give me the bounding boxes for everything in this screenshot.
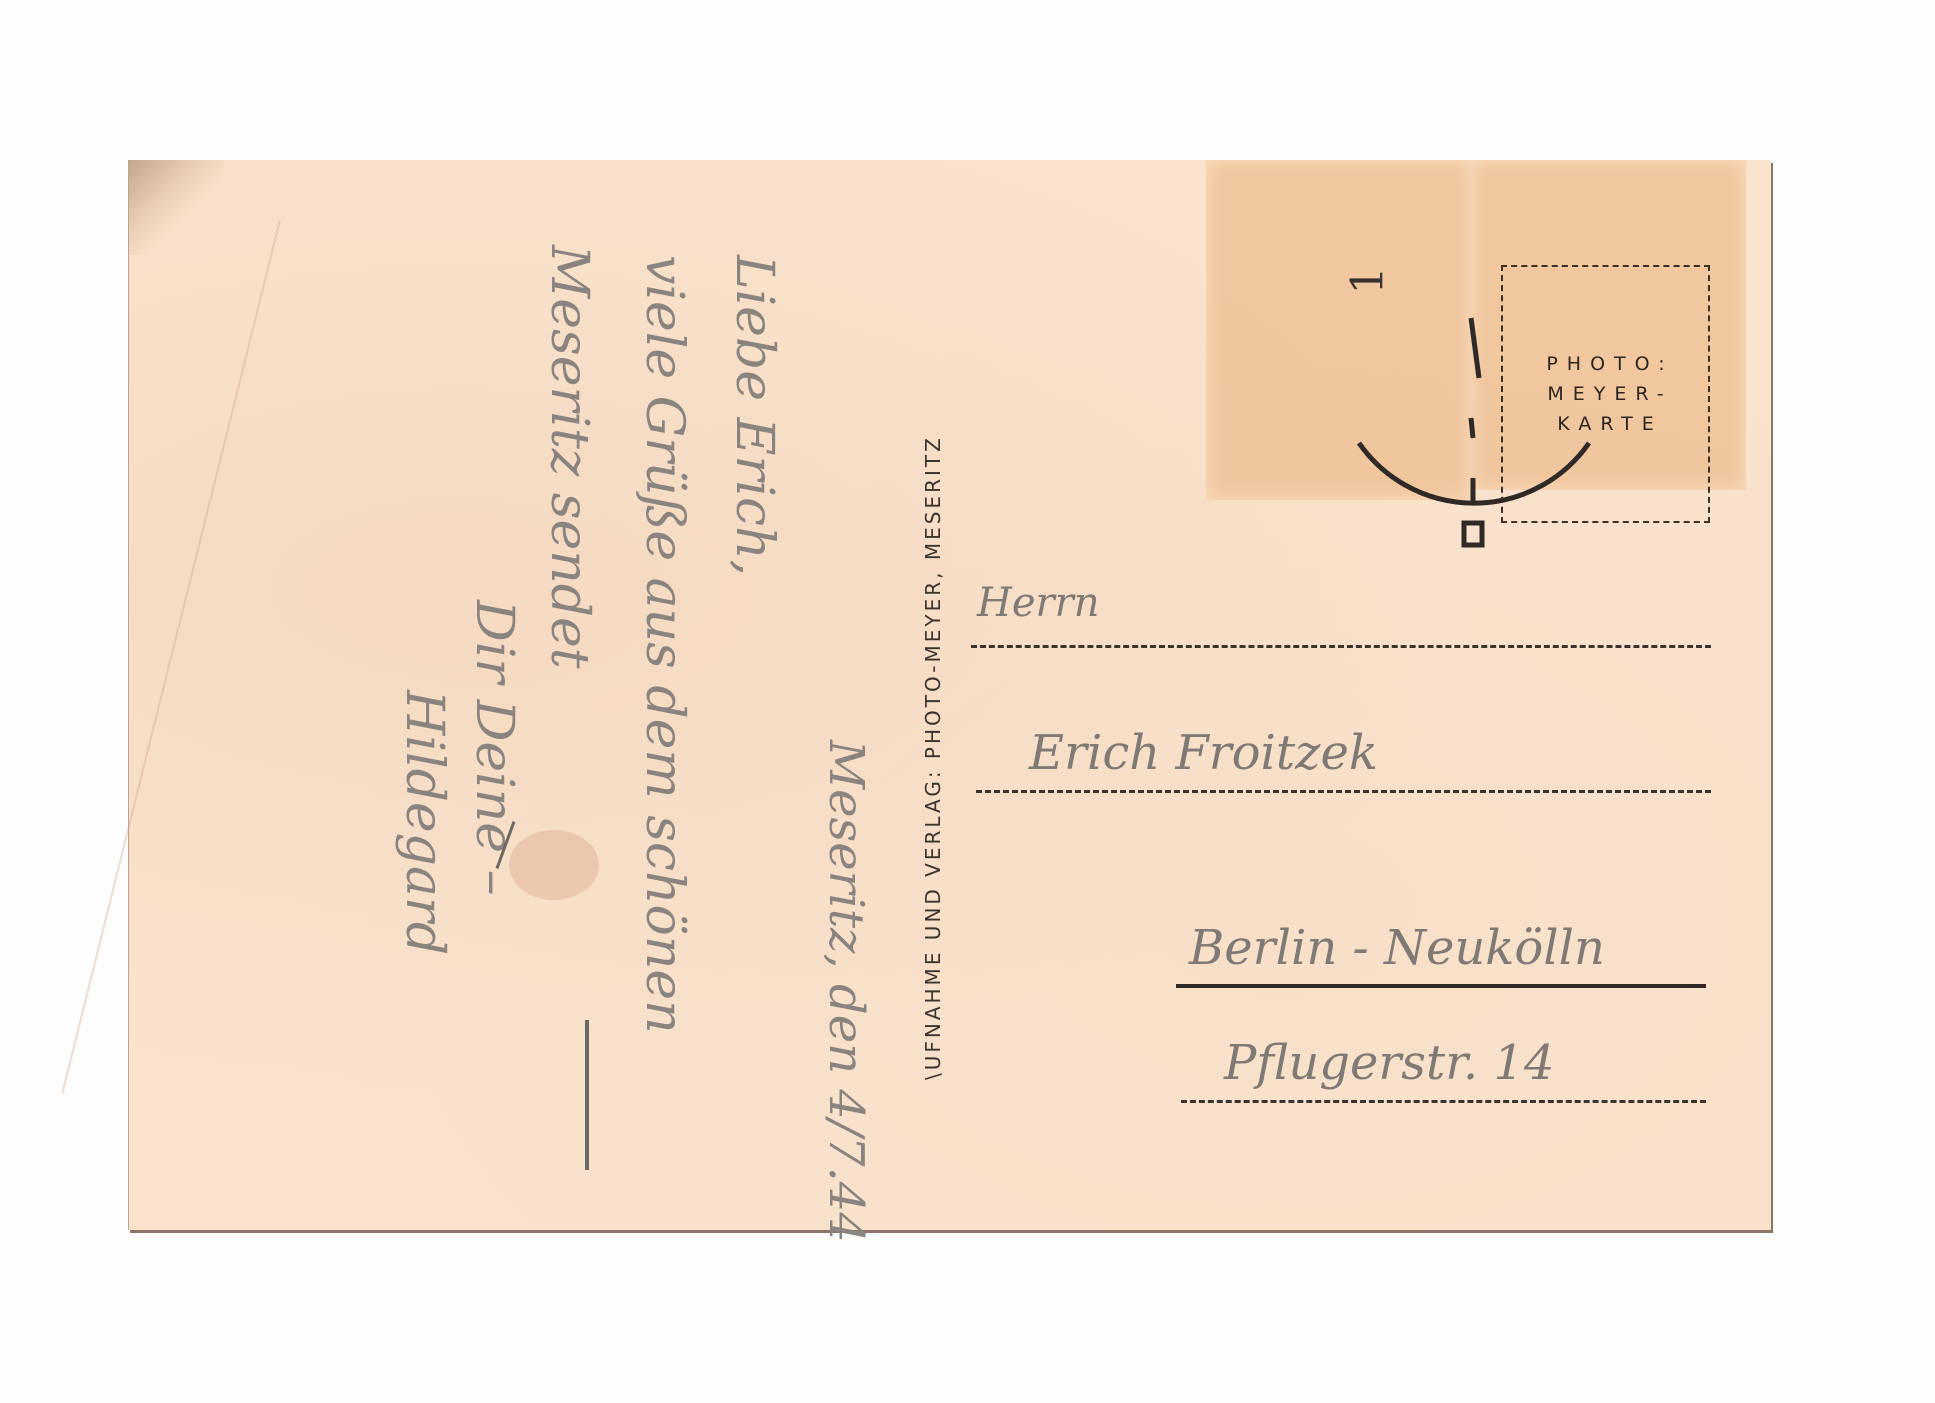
message-dateline: Meseritz, den 4/7.44 [818,740,874,1243]
worn-corner [129,160,224,255]
address-street: Pflugerstr. 14 [1224,1035,1555,1091]
postcard: PHOTO: MEYER- KARTE 1 \UFNAHME UND VERLA… [128,160,1771,1230]
address-line-2 [976,790,1711,793]
message-line-3: Meseritz sendet [539,245,599,669]
address-name: Erich Froitzek [1029,725,1378,781]
paper-crease [61,220,281,1094]
pencil-underline-mark [585,1020,589,1170]
address-line-3 [1176,984,1706,988]
postmark-cancellation-icon [1334,278,1614,558]
message-line-4: Dir Deine – [464,600,524,896]
message-line-2: viele Grüße aus dem schönen [634,255,694,1034]
address-line-4 [1181,1100,1706,1103]
message-signature: Hildegard [394,690,454,955]
message-line-1: Liebe Erich, [724,255,784,576]
address-line-1 [971,645,1711,648]
postmark-digit: 1 [1343,267,1394,295]
publisher-imprint: \UFNAHME UND VERLAG: PHOTO-MEYER, MESERI… [921,180,945,1080]
address-city: Berlin - Neukölln [1189,920,1605,976]
address-salutation: Herrn [977,580,1100,626]
